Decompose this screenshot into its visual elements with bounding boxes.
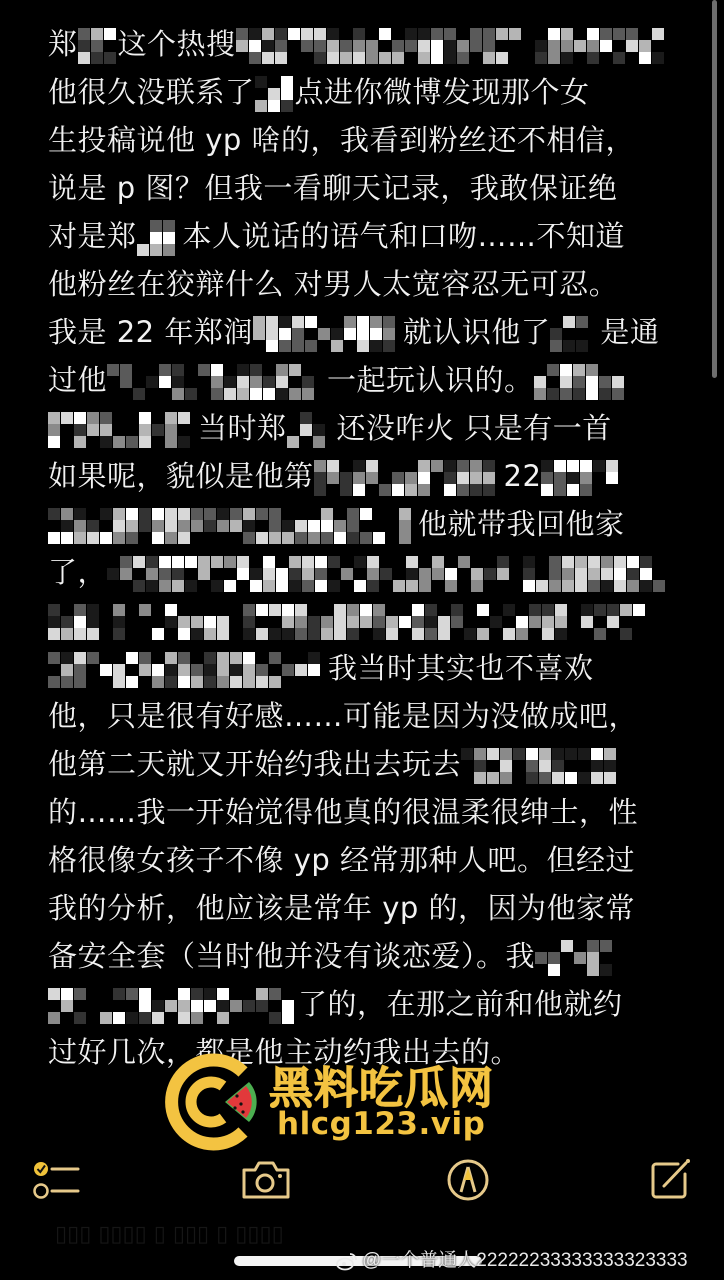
note-text: 他很久没联系了 <box>48 68 255 116</box>
pixelated-redaction <box>137 212 183 260</box>
note-text: 郑 <box>48 20 78 68</box>
camera-icon <box>240 1159 292 1201</box>
note-text: 是通 <box>600 308 659 356</box>
pixelated-redaction <box>314 452 504 500</box>
note-body[interactable]: 郑这个热搜他很久没联系了点进你微博发现那个女生投稿说他 yp 啥的，我看到粉丝还… <box>48 20 688 1076</box>
note-line: 当时郑还没咋火 只是有一首 <box>48 404 688 452</box>
note-text: 就认识他了 <box>403 308 551 356</box>
pixelated-redaction <box>48 500 418 548</box>
note-line: 郑这个热搜 <box>48 20 688 68</box>
note-text: 我的分析，他应该是常年 yp 的，因为他家常 <box>48 884 635 932</box>
note-line: 了的，在那之前和他就约 <box>48 980 688 1028</box>
note-text: 点进你微博发现那个女 <box>295 68 590 116</box>
pixelated-redaction <box>535 932 615 980</box>
markup-button[interactable] <box>438 1150 498 1210</box>
note-text: 我是 22 年郑润 <box>48 308 253 356</box>
note-text: 了的，在那之前和他就约 <box>298 980 623 1028</box>
note-line: 他第二天就又开始约我出去玩去 <box>48 740 688 788</box>
note-line: 生投稿说他 yp 啥的，我看到粉丝还不相信， <box>48 116 688 164</box>
notes-toolbar <box>0 1150 724 1210</box>
note-text: 了， <box>48 548 107 596</box>
note-line: 我当时其实也不喜欢 <box>48 644 688 692</box>
note-text: 说是 p 图？但我一看聊天记录，我敢保证绝 <box>48 164 617 212</box>
note-text: 一起玩认识的。 <box>327 356 534 404</box>
note-text: 过他 <box>48 356 107 404</box>
note-line: 他，只是很有好感……可能是因为没做成吧， <box>48 692 688 740</box>
note-text: 对是郑 <box>48 212 137 260</box>
checklist-button[interactable] <box>26 1150 86 1210</box>
note-text: 这个热搜 <box>118 20 236 68</box>
note-line: 备安全套（当时他并没有谈恋爱）。我 <box>48 932 688 980</box>
note-text: 他就带我回他家 <box>418 500 625 548</box>
compose-icon <box>648 1158 692 1202</box>
site-logo-icon <box>165 1052 265 1152</box>
note-line: 我是 22 年郑润就认识他了是通 <box>48 308 688 356</box>
note-text: 格很像女孩子不像 yp 经常那种人吧。但经过 <box>48 836 635 884</box>
note-line: 如果呢，貌似是他第22 <box>48 452 688 500</box>
note-text: 本人说话的语气和口吻……不知道 <box>183 212 626 260</box>
pixelated-redaction <box>550 308 600 356</box>
pixelated-redaction <box>107 548 667 596</box>
pixelated-redaction <box>78 20 118 68</box>
note-line: 的……我一开始觉得他真的很温柔很绅士，性 <box>48 788 688 836</box>
note-line: 说是 p 图？但我一看聊天记录，我敢保证绝 <box>48 164 688 212</box>
checklist-icon <box>32 1158 80 1202</box>
pixelated-redaction <box>461 740 621 788</box>
pixelated-redaction <box>48 644 328 692</box>
note-line: 他很久没联系了点进你微博发现那个女 <box>48 68 688 116</box>
note-text: 他，只是很有好感……可能是因为没做成吧， <box>48 692 638 740</box>
note-line: 他就带我回他家 <box>48 500 688 548</box>
pen-tip-icon <box>446 1158 490 1202</box>
site-watermark-url: hlcg123.vip <box>277 1106 485 1142</box>
note-line: 过他一起玩认识的。 <box>48 356 688 404</box>
camera-button[interactable] <box>236 1150 296 1210</box>
pixelated-redaction <box>253 308 403 356</box>
pixelated-redaction <box>255 68 295 116</box>
note-text: 备安全套（当时他并没有谈恋爱）。我 <box>48 932 535 980</box>
note-line: 对是郑本人说话的语气和口吻……不知道 <box>48 212 688 260</box>
note-text: 当时郑 <box>198 404 287 452</box>
weibo-watermark: @一个普通人22222233333333323333 <box>336 1248 688 1274</box>
site-watermark: 黑料吃瓜网 hlcg123.vip <box>165 1050 515 1150</box>
note-text: 的……我一开始觉得他真的很温柔很绅士，性 <box>48 788 638 836</box>
pixelated-redaction <box>287 404 337 452</box>
pixelated-redaction <box>48 404 198 452</box>
note-line: 他粉丝在狡辩什么 对男人太宽容忍无可忍。 <box>48 260 688 308</box>
note-text: 他第二天就又开始约我出去玩去 <box>48 740 461 788</box>
pixelated-redaction <box>541 452 641 500</box>
pixelated-redaction <box>107 356 327 404</box>
note-text: 还没咋火 只是有一首 <box>337 404 612 452</box>
note-text: 22 <box>504 452 542 500</box>
weibo-logo-icon <box>336 1251 358 1271</box>
pixelated-redaction <box>534 356 634 404</box>
note-line: 了， <box>48 548 688 596</box>
note-line <box>48 596 688 644</box>
note-text: 如果呢，貌似是他第 <box>48 452 314 500</box>
compose-button[interactable] <box>640 1150 700 1210</box>
weibo-handle: @一个普通人22222233333333323333 <box>362 1248 688 1274</box>
note-line: 格很像女孩子不像 yp 经常那种人吧。但经过 <box>48 836 688 884</box>
pixelated-redaction <box>48 980 298 1028</box>
obscured-background-text: ▯▯▯ ▯▯▯▯ ▯ ▯▯▯ ▯ ▯▯▯▯ <box>55 1222 475 1246</box>
vertical-scrollbar[interactable] <box>712 0 717 378</box>
note-text: 我当时其实也不喜欢 <box>328 644 594 692</box>
pixelated-redaction <box>48 596 648 644</box>
pixelated-redaction <box>236 20 676 68</box>
note-line: 我的分析，他应该是常年 yp 的，因为他家常 <box>48 884 688 932</box>
note-text: 生投稿说他 yp 啥的，我看到粉丝还不相信， <box>48 116 635 164</box>
note-text: 他粉丝在狡辩什么 对男人太宽容忍无可忍。 <box>48 260 618 308</box>
